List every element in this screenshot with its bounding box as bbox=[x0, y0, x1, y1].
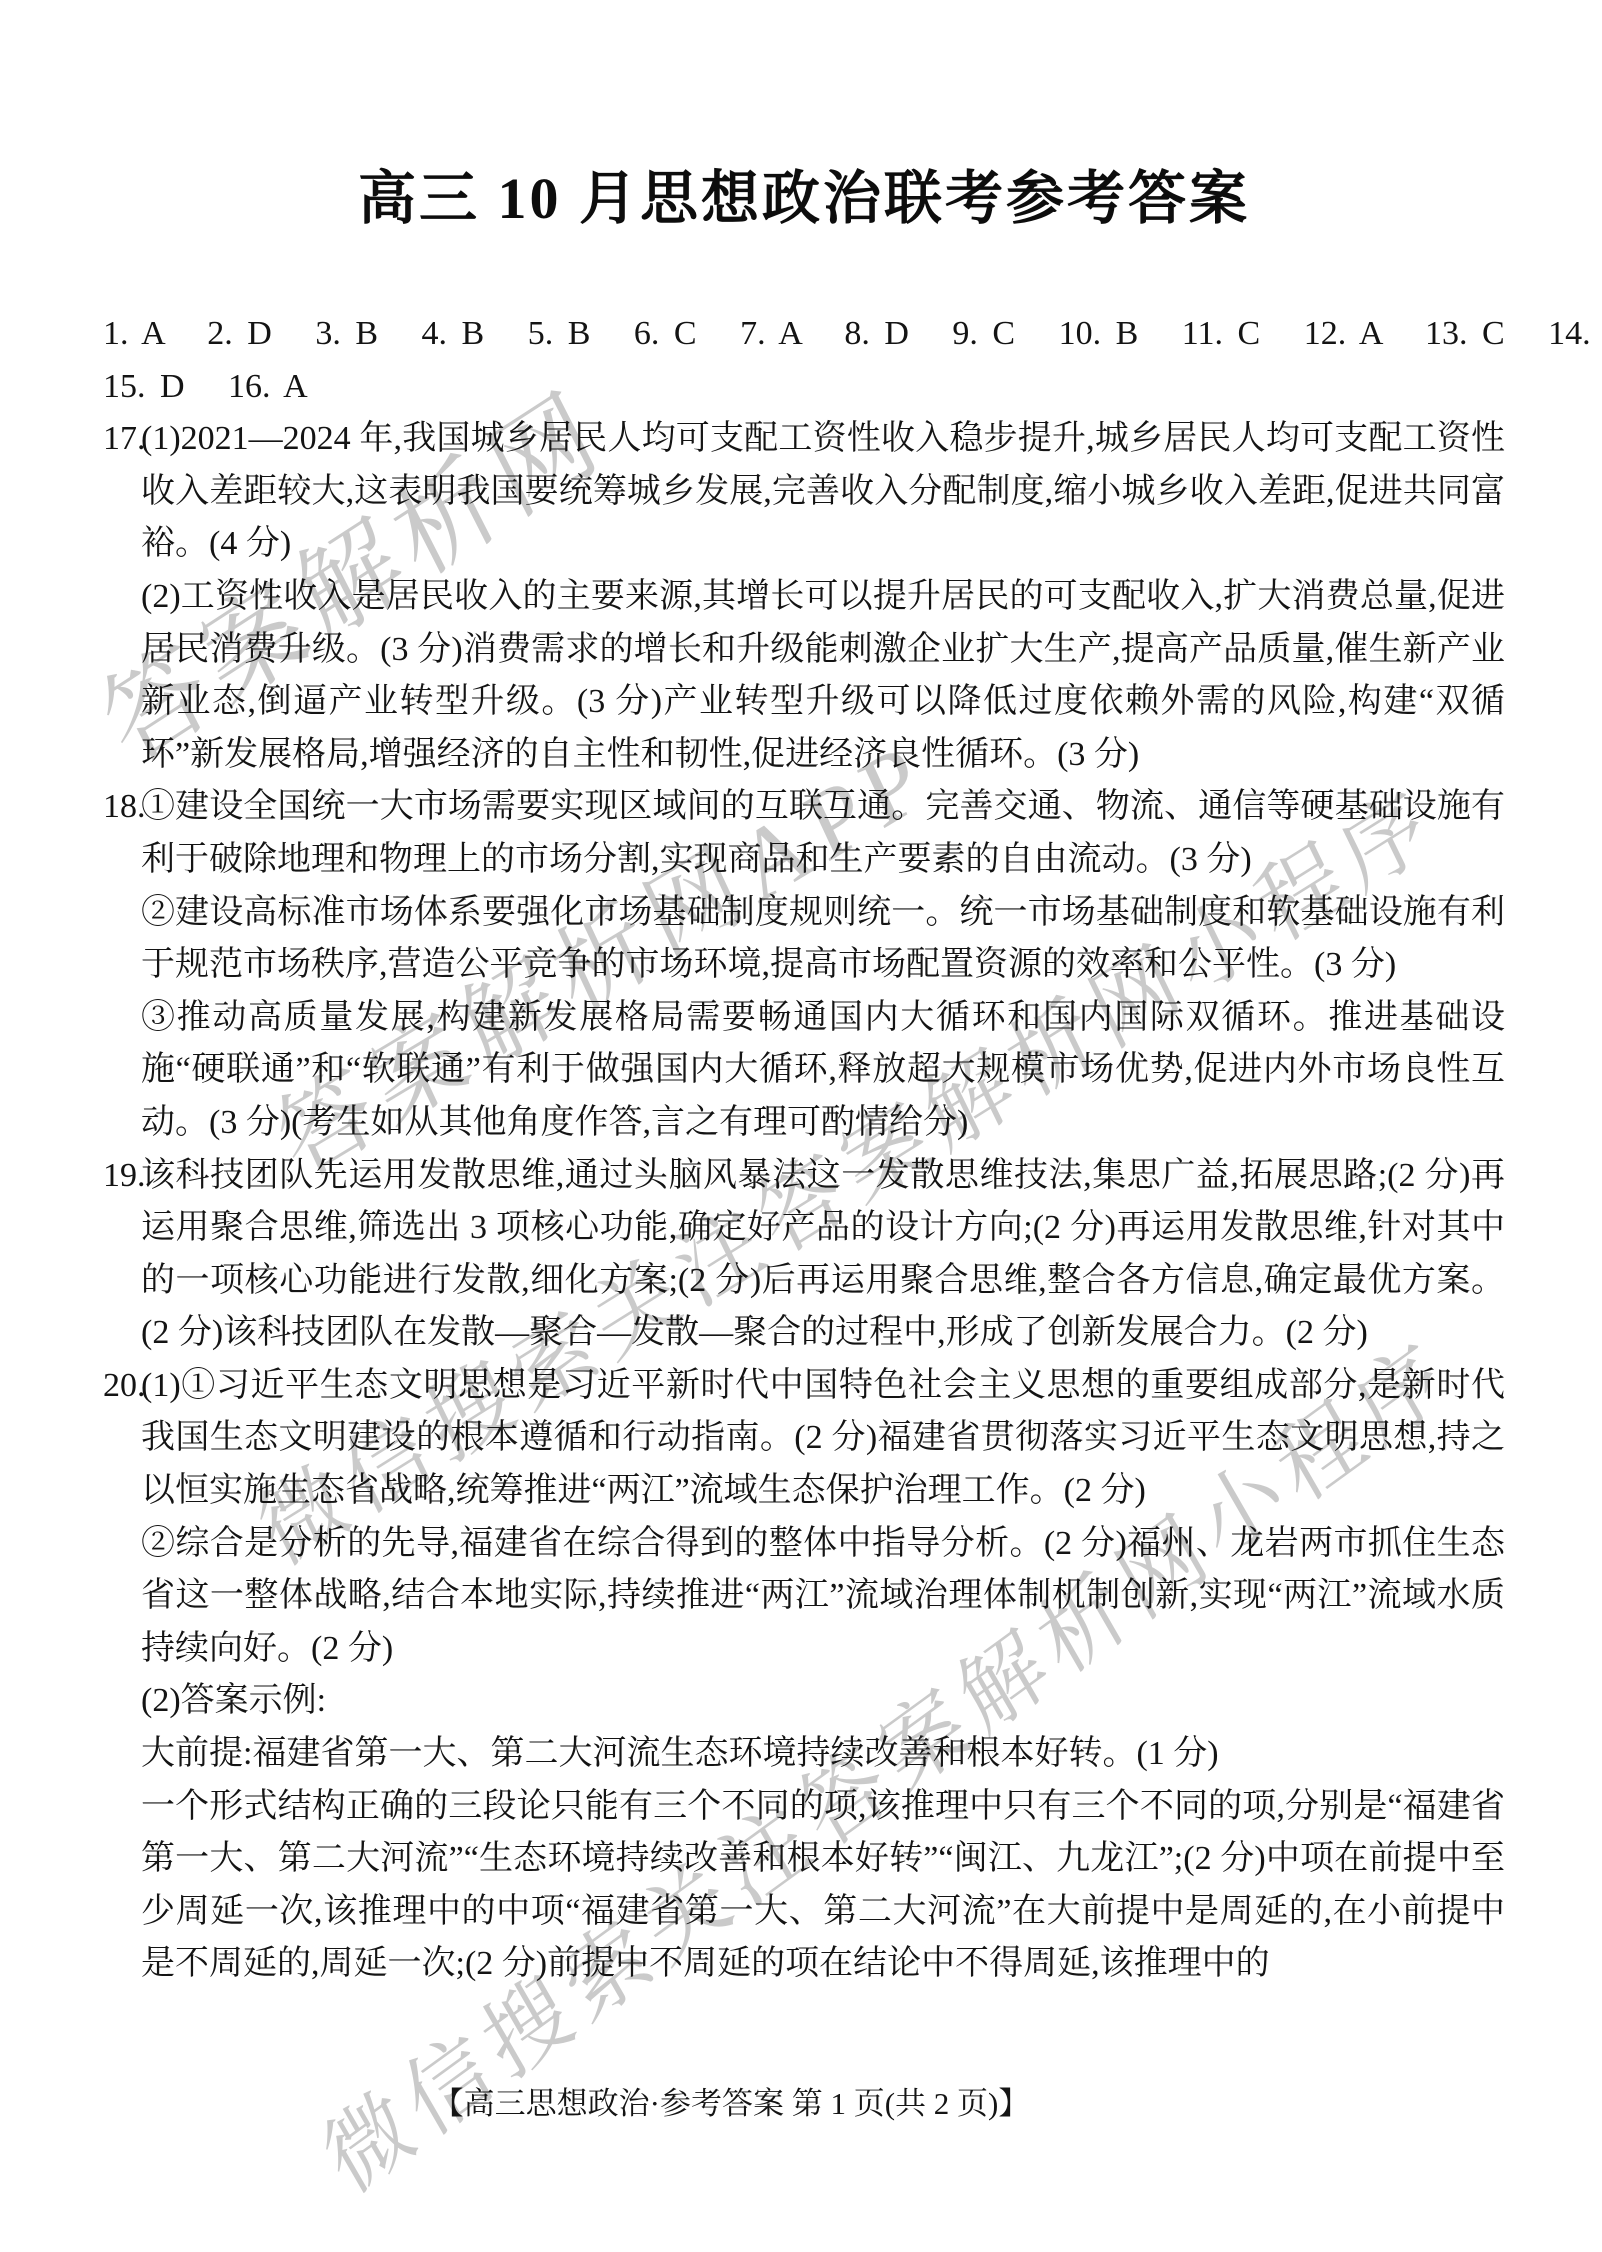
answer-text: 大前提:福建省第一大、第二大河流生态环境持续改善和根本好转。(1 分) bbox=[141, 1735, 1219, 1772]
page-title: 高三 10 月思想政治联考参考答案 bbox=[103, 166, 1505, 232]
answer-paragraph: ②建设高标准市场体系要强化市场基础制度规则统一。统一市场基础制度和软基础设施有利… bbox=[103, 887, 1505, 992]
answer-paragraph: 19.该科技团队先运用发散思维,通过头脑风暴法这一发散思维技法,集思广益,拓展思… bbox=[103, 1150, 1505, 1360]
answer-text: (2)答案示例: bbox=[141, 1682, 326, 1719]
answer-text: (2)工资性收入是居民收入的主要来源,其增长可以提升居民的可支配收入,扩大消费总… bbox=[141, 578, 1505, 773]
answer-text: ③推动高质量发展,构建新发展格局需要畅通国内大循环和国内国际双循环。推进基础设施… bbox=[141, 999, 1505, 1141]
answer-paragraph: ②综合是分析的先导,福建省在综合得到的整体中指导分析。(2 分)福州、龙岩两市抓… bbox=[103, 1518, 1505, 1676]
page-footer: 【高三思想政治·参考答案 第 1 页(共 2 页)】 bbox=[0, 2085, 1532, 2123]
question-number: 17. bbox=[103, 413, 146, 466]
answer-text: ②建设高标准市场体系要强化市场基础制度规则统一。统一市场基础制度和软基础设施有利… bbox=[141, 894, 1505, 984]
free-response-answers: 17.(1)2021—2024 年,我国城乡居民人均可支配工资性收入稳步提升,城… bbox=[103, 413, 1505, 1991]
answer-paragraph: 大前提:福建省第一大、第二大河流生态环境持续改善和根本好转。(1 分) bbox=[103, 1728, 1505, 1781]
answer-text: ②综合是分析的先导,福建省在综合得到的整体中指导分析。(2 分)福州、龙岩两市抓… bbox=[141, 1525, 1505, 1667]
answer-paragraph: (2)工资性收入是居民收入的主要来源,其增长可以提升居民的可支配收入,扩大消费总… bbox=[103, 571, 1505, 781]
answer-paragraph: ③推动高质量发展,构建新发展格局需要畅通国内大循环和国内国际双循环。推进基础设施… bbox=[103, 992, 1505, 1150]
question-number: 19. bbox=[103, 1150, 146, 1203]
multiple-choice-answers-line1: 1. A 2. D 3. B 4. B 5. B 6. C 7. A 8. D … bbox=[103, 308, 1505, 361]
answer-text: (1)①习近平生态文明思想是习近平新时代中国特色社会主义思想的重要组成部分,是新… bbox=[141, 1367, 1505, 1509]
answer-text: (1)2021—2024 年,我国城乡居民人均可支配工资性收入稳步提升,城乡居民… bbox=[141, 420, 1505, 562]
answer-paragraph: 18.①建设全国统一大市场需要实现区域间的互联互通。完善交通、物流、通信等硬基础… bbox=[103, 781, 1505, 886]
answer-paragraph: 一个形式结构正确的三段论只能有三个不同的项,该推理中只有三个不同的项,分别是“福… bbox=[103, 1781, 1505, 1991]
answer-text: 该科技团队先运用发散思维,通过头脑风暴法这一发散思维技法,集思广益,拓展思路;(… bbox=[141, 1157, 1505, 1352]
answer-paragraph: 20.(1)①习近平生态文明思想是习近平新时代中国特色社会主义思想的重要组成部分… bbox=[103, 1360, 1505, 1518]
document-content: 高三 10 月思想政治联考参考答案 1. A 2. D 3. B 4. B 5.… bbox=[103, 166, 1505, 1991]
question-number: 18. bbox=[103, 781, 146, 834]
answer-text: ①建设全国统一大市场需要实现区域间的互联互通。完善交通、物流、通信等硬基础设施有… bbox=[141, 788, 1505, 878]
multiple-choice-answers-line2: 15. D 16. A bbox=[103, 361, 1505, 414]
question-number: 20. bbox=[103, 1360, 146, 1413]
answer-paragraph: (2)答案示例: bbox=[103, 1675, 1505, 1728]
answers-block: 1. A 2. D 3. B 4. B 5. B 6. C 7. A 8. D … bbox=[103, 308, 1505, 1991]
answer-paragraph: 17.(1)2021—2024 年,我国城乡居民人均可支配工资性收入稳步提升,城… bbox=[103, 413, 1505, 571]
answer-sheet-page: 答案解析网答案解析网APP微信搜索关注答案解析网小程序微信搜索关注答案解析网小程… bbox=[0, 0, 1602, 2252]
answer-text: 一个形式结构正确的三段论只能有三个不同的项,该推理中只有三个不同的项,分别是“福… bbox=[141, 1788, 1505, 1983]
